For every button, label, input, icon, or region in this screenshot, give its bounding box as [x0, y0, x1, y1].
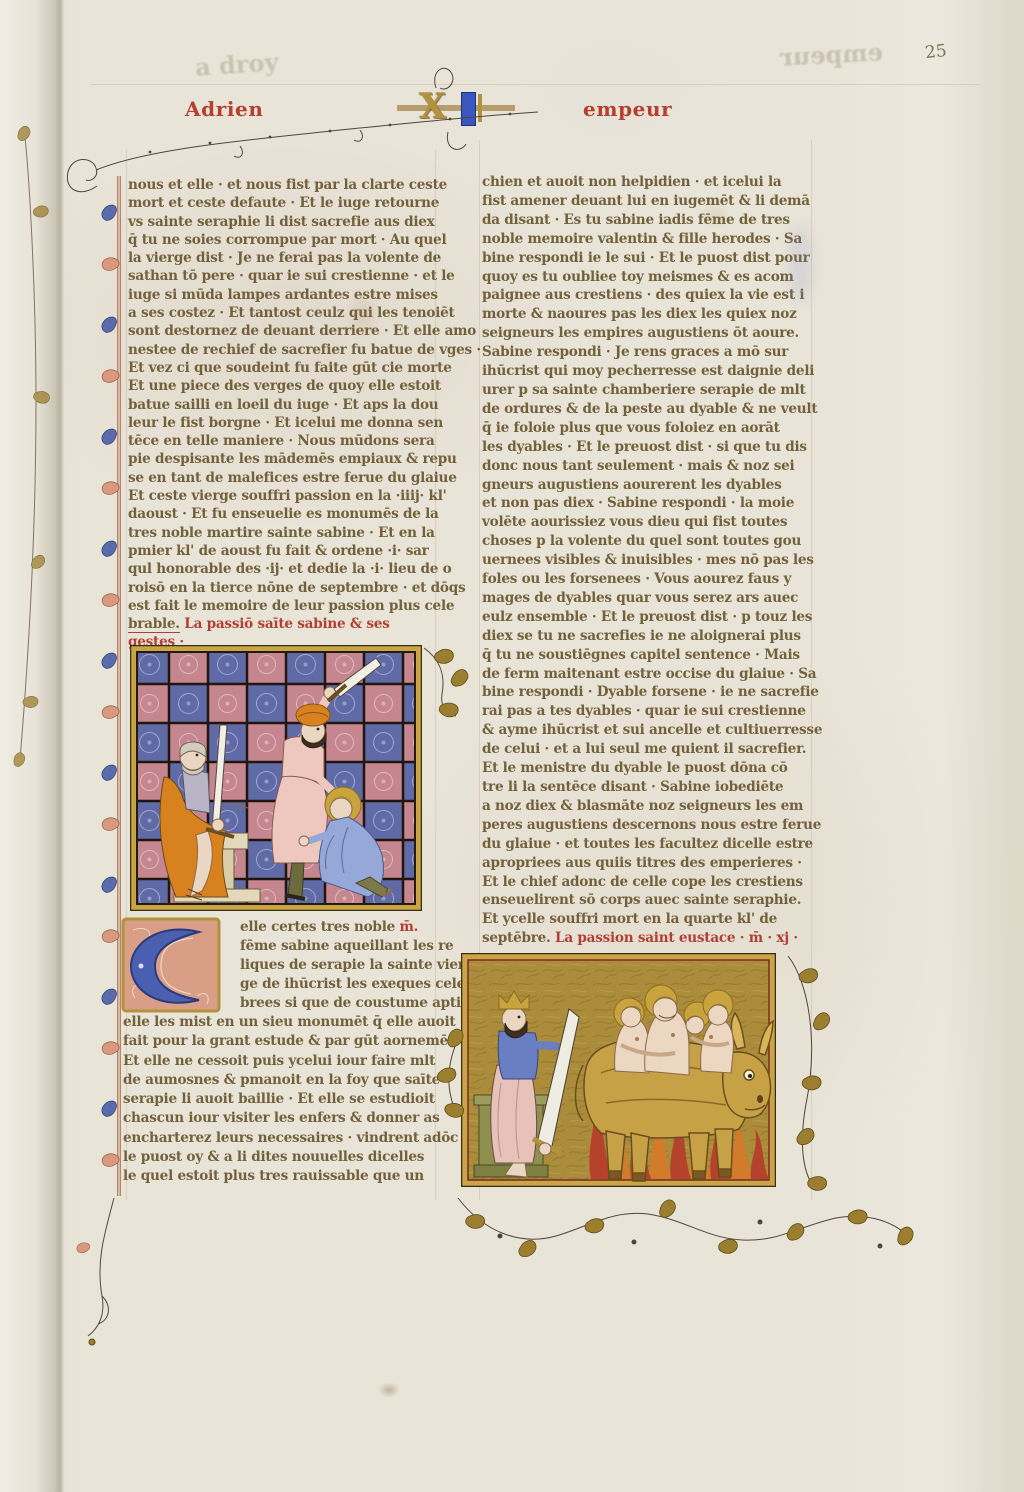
- initial-paragraph-indented: fēme sabine aqueillant les reliques de s…: [240, 937, 440, 1013]
- ghost-inscription-right: empeur: [779, 37, 883, 71]
- text-line: morte & naoures pas les diex les quiex n…: [482, 305, 810, 324]
- numeral-x: X: [419, 86, 446, 127]
- text-line: bine respondi · Dyable forsene · ie ne s…: [482, 683, 810, 702]
- end-word: septēbre.: [482, 930, 551, 946]
- text-line: volēte aourissiez vous dieu qui fist tou…: [482, 513, 810, 532]
- text-line: daoust · Et fu enseuelie es monumēs de l…: [128, 505, 436, 523]
- text-line: enseuelirent sō corps auec sainte seraph…: [482, 891, 810, 910]
- text-line: q̄ tu ne soies corrompue par mort · Au q…: [128, 231, 436, 249]
- text-line: Et le chief adonc de celle cope les cres…: [482, 873, 810, 892]
- text-line: fēme sabine aqueillant les re: [240, 937, 440, 956]
- text-line: sathan tō pere · quar ie sui crestienne …: [128, 267, 436, 285]
- brown-stain: [700, 200, 730, 230]
- text-line: le quel estoit plus tres rauissable que …: [123, 1167, 441, 1186]
- book-gutter-edge: [0, 0, 64, 1492]
- text-line: Et le menistre du dyable le puost dōna c…: [482, 759, 810, 778]
- right-column-end-line: septēbre. La passion saint eustace · m̄ …: [482, 929, 810, 948]
- first-line-text: elle certes tres noble: [240, 919, 395, 935]
- text-line: a noz diex & blasmāte noz seigneurs les …: [482, 797, 810, 816]
- text-line: elle les mist en un sieu monumēt q̄ elle…: [123, 1013, 441, 1032]
- text-line: gneurs augustiens aourerent les dyables: [482, 476, 810, 495]
- text-line: uernees visibles & inuisibles · mes nō p…: [482, 551, 810, 570]
- text-line: de aumosnes & pmanoit en la foy que saīt…: [123, 1071, 441, 1090]
- text-line: et non pas diex · Sabine respondi · la m…: [482, 494, 810, 513]
- text-line: la vierge dist · Je ne ferai pas la vole…: [128, 249, 436, 267]
- text-line: de ferm maitenant estre occise du glaiue…: [482, 665, 810, 684]
- text-line: pie despisante les mādemēs empiaux & rep…: [128, 450, 436, 468]
- text-line: pmier kl' de aoust fu fait & ordene ·i· …: [128, 542, 436, 560]
- text-line: se en tant de malefices estre ferue du g…: [128, 469, 436, 487]
- text-line: noble memoire valentin & fille herodes ·…: [482, 230, 810, 249]
- text-line: Et une piece des verges de quoy elle est…: [128, 377, 436, 395]
- text-line: batue sailli en loeil du iuge · Et aps l…: [128, 396, 436, 414]
- text-line: Sabine respondi · Je rens graces a mō su…: [482, 343, 810, 362]
- text-line: nous et elle · et nous fist par la clart…: [128, 176, 436, 194]
- numeral-i-bar: I: [461, 92, 476, 126]
- text-column-left: nous et elle · et nous fist par la clart…: [128, 176, 436, 615]
- initial-paragraph-first-line: elle certes tres noble m̄.: [240, 918, 440, 937]
- running-title-right: empeur: [583, 97, 672, 121]
- text-line: Et ceste vierge souffri passion en la ·i…: [128, 487, 436, 505]
- text-line: Et vez ci que soudeint fu faite gūt cie …: [128, 359, 436, 377]
- text-line: choses p la volente du quel sont toutes …: [482, 532, 810, 551]
- text-line: iuge si mūda lampes ardantes estre mises: [128, 286, 436, 304]
- decorated-initial-C: [119, 916, 225, 1014]
- ruling-line: [90, 84, 980, 85]
- rubric-eustace: La passion saint eustace · m̄ · xj ·: [555, 930, 798, 946]
- blue-paint-smudge: [788, 225, 814, 303]
- brown-stain: [378, 1382, 400, 1398]
- miniature-saint-eustace-brazen-bull: [461, 953, 776, 1187]
- text-line: Et ycelle souffri mort en la quarte kl' …: [482, 910, 810, 929]
- text-line: diex se tu ne sacrefies ie ne aloignerai…: [482, 627, 810, 646]
- text-line: tres noble martire sainte sabine · Et en…: [128, 524, 436, 542]
- text-line: chien et auoit non helpidien · et icelui…: [482, 173, 810, 192]
- text-line: fait pour la grant estude & par gūt aorn…: [123, 1032, 441, 1051]
- text-line: ihūcrist qui moy pecherresse est daignie…: [482, 362, 810, 381]
- text-line: sont destornez de deuant derriere · Et e…: [128, 322, 436, 340]
- vine-right-of-miniature1: [424, 646, 470, 721]
- left-border-bar: [99, 176, 121, 1196]
- text-line: bine respondi ie le sui · Et le puost di…: [482, 249, 810, 268]
- text-line: tre li la sentēce disant · Sabine iobedi…: [482, 778, 810, 797]
- text-line: foles ou les forsenees · Vous aourez fau…: [482, 570, 810, 589]
- text-line: les dyables · Et le preuost dist · si qu…: [482, 438, 810, 457]
- numeral-ground-bar: [397, 105, 515, 111]
- text-line: mages de dyables quar vous serez ars aue…: [482, 589, 810, 608]
- numeral-i-gold-fillet: [478, 94, 482, 122]
- ghost-inscription-left: a droy: [194, 47, 279, 82]
- text-line: fist amener deuant lui en iugemēt & li d…: [482, 192, 810, 211]
- text-line: chascun iour visiter les enfers & donner…: [123, 1109, 441, 1128]
- folio-number: 25: [924, 41, 948, 63]
- text-line: est fait le memoire de leur passion plus…: [128, 597, 436, 615]
- text-line: apropriees aus quiis titres des emperier…: [482, 854, 810, 873]
- text-line: q̄ tu ne soustiēgnes capitel sentence · …: [482, 646, 810, 665]
- chapter-numeral-XI: X I: [405, 86, 513, 130]
- text-line: vs sainte seraphie li dist sacrefie aus …: [128, 213, 436, 231]
- initial-paragraph-full-width: elle les mist en un sieu monumēt q̄ elle…: [123, 1013, 441, 1187]
- text-line: liques de serapie la sainte vier: [240, 956, 440, 975]
- text-line: & ayme ihūcrist et sui ancelle et cultiu…: [482, 721, 810, 740]
- text-line: ge de ihūcrist les exeques cele: [240, 975, 440, 994]
- text-column-right: chien et auoit non helpidien · et icelui…: [482, 173, 810, 929]
- text-line: roisō en la tierce nōne de septembre · e…: [128, 579, 436, 597]
- text-line: Et elle ne cessoit puis ycelui iour fair…: [123, 1052, 441, 1071]
- text-line: donc nous tant seulement · mais & noz se…: [482, 457, 810, 476]
- text-line: da disant · Es tu sabine iadis fēme de t…: [482, 211, 810, 230]
- manuscript-page: a droy empeur 25 Adrien X I empeur nous …: [0, 0, 1024, 1492]
- running-title-left: Adrien: [185, 97, 264, 121]
- text-line: peres augustiens descernons nous estre f…: [482, 816, 810, 835]
- red-chapter-mark: m̄.: [400, 919, 419, 935]
- brown-stain: [345, 288, 381, 340]
- text-line: leur le fist borgne · Et icelui me donna…: [128, 414, 436, 432]
- text-line: de ordures & de la peste au dyable & ne …: [482, 400, 810, 419]
- text-line: seigneurs les empires augustiens ōt aour…: [482, 324, 810, 343]
- text-line: brees si que de coustume aptiee: [240, 994, 440, 1013]
- text-line: serapie li auoit baillie · Et elle se es…: [123, 1090, 441, 1109]
- text-line: du glaiue · et toutes les facultez dicel…: [482, 835, 810, 854]
- text-line: le puost oy & a li dites nouuelles dicel…: [123, 1148, 441, 1167]
- text-line: a ses costez · Et tantost ceulz qui les …: [128, 304, 436, 322]
- text-line: q̄ ie foloie plus que vous foloiez en ao…: [482, 419, 810, 438]
- text-line: paignee aus crestiens · des quiex la vie…: [482, 286, 810, 305]
- text-line: tēce en telle maniere · Nous mūdons sera: [128, 432, 436, 450]
- saint-eustace-family: [614, 985, 733, 1075]
- bottom-vine-band: [458, 1198, 917, 1258]
- text-line: encharterez leurs necessaires · vindrent…: [123, 1129, 441, 1148]
- text-line: quoy es tu oubliee toy meismes & es acom: [482, 268, 810, 287]
- text-line: de celui · et a lui seul me quient il sa…: [482, 740, 810, 759]
- text-line: nestee de rechief de sacrefier fu batue …: [128, 341, 436, 359]
- miniature-martyrdom-saint-sabina: [130, 645, 422, 911]
- text-line: urer p sa sainte chamberiere serapie de …: [482, 381, 810, 400]
- text-line: mort et ceste defaute · Et le iuge retou…: [128, 194, 436, 212]
- end-word: brable.: [128, 616, 180, 633]
- text-line: rai pas a tes dyables · quar ie sui cres…: [482, 702, 810, 721]
- text-line: qul honorable des ·ij· et dedie la ·i· l…: [128, 560, 436, 578]
- text-line: eulz ensemble · Et le preuost dist · p t…: [482, 608, 810, 627]
- bottom-left-pen-tail: [76, 1198, 114, 1345]
